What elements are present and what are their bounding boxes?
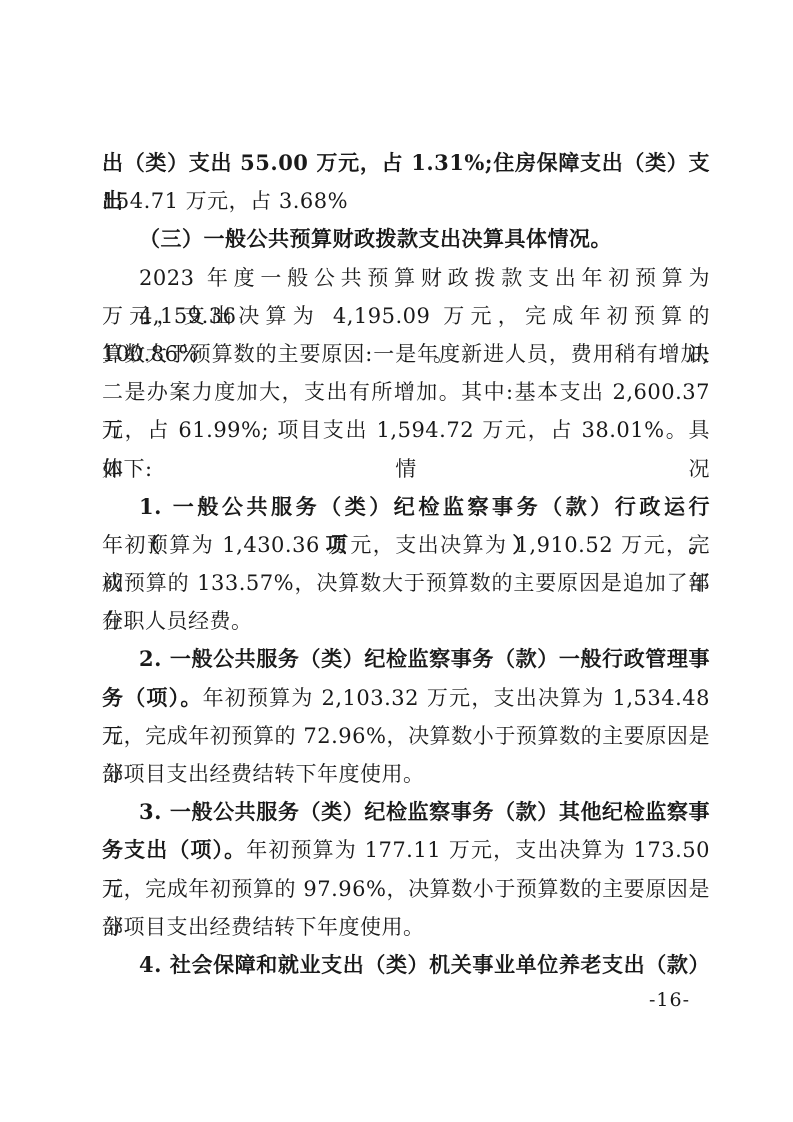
text-segment: 如下: (102, 457, 153, 481)
text-line: 154.71 万元，占 3.68% (102, 182, 710, 220)
text-line: 初预算的 133.57%，决算数大于预算数的主要原因是追加了部分 (102, 564, 710, 602)
text-segment: 分项目支出经费结转下年度使用。 (102, 915, 425, 939)
page-body-text: 出（类）支出 55.00 万元，占 1.31%;住房保障支出（类）支出154.7… (102, 144, 710, 984)
bold-text-segment: 4. 社会保障和就业支出（类）机关事业单位养老支出（款） (139, 952, 710, 977)
text-line: 元，完成年初预算的 72.96%，决算数小于预算数的主要原因是部 (102, 717, 710, 755)
text-line: 2023 年度一般公共预算财政拨款支出年初预算为 4,159.36 (102, 259, 710, 297)
bold-text-segment: 务（项）。 (102, 685, 203, 710)
text-segment: 算数大于预算数的主要原因:一是年度新进人员，费用稍有增加; (102, 342, 710, 366)
text-line: 二是办案力度加大，支出有所增加。其中:基本支出 2,600.37 万 (102, 373, 710, 411)
text-line: 4. 社会保障和就业支出（类）机关事业单位养老支出（款） (102, 946, 710, 984)
text-line: 3. 一般公共服务（类）纪检监察事务（款）其他纪检监察事 (102, 793, 710, 831)
text-segment: 154.71 万元，占 3.68% (102, 189, 348, 213)
text-line: 务支出（项）。年初预算为 177.11 万元，支出决算为 173.50 万 (102, 831, 710, 869)
text-line: 算数大于预算数的主要原因:一是年度新进人员，费用稍有增加; (102, 335, 710, 373)
page-number: -16- (649, 989, 690, 1011)
text-line: 务（项）。年初预算为 2,103.32 万元，支出决算为 1,534.48 万 (102, 679, 710, 717)
bold-text-segment: 3. 一般公共服务（类）纪检监察事务（款）其他纪检监察事 (139, 799, 710, 824)
text-line: 1. 一般公共服务（类）纪检监察事务（款）行政运行（项）。 (102, 488, 710, 526)
text-line: （三）一般公共预算财政拨款支出决算具体情况。 (102, 220, 710, 258)
text-line: 分项目支出经费结转下年度使用。 (102, 908, 710, 946)
text-line: 元，完成年初预算的 97.96%，决算数小于预算数的主要原因是部 (102, 870, 710, 908)
text-line: 年初预算为 1,430.36 万元，支出决算为 1,910.52 万元，完成年 (102, 526, 710, 564)
bold-text-segment: 2. 一般公共服务（类）纪检监察事务（款）一般行政管理事 (139, 646, 710, 671)
text-segment: 元，占 61.99%; 项目支出 1,594.72 万元，占 38.01%。具体… (102, 418, 710, 480)
text-line: 元，占 61.99%; 项目支出 1,594.72 万元，占 38.01%。具体… (102, 411, 710, 449)
text-line: 出（类）支出 55.00 万元，占 1.31%;住房保障支出（类）支出 (102, 144, 710, 182)
bold-text-segment: 务支出（项）。 (102, 837, 246, 862)
bold-text-segment: （三）一般公共预算财政拨款支出决算具体情况。 (139, 226, 612, 251)
text-segment: 分项目支出经费结转下年度使用。 (102, 762, 425, 786)
text-line: 2. 一般公共服务（类）纪检监察事务（款）一般行政管理事 (102, 640, 710, 678)
text-segment: 在职人员经费。 (102, 609, 253, 633)
text-line: 分项目支出经费结转下年度使用。 (102, 755, 710, 793)
text-line: 万元，支出决算为 4,195.09 万元，完成年初预算的 100.86%。决 (102, 297, 710, 335)
document-page: 出（类）支出 55.00 万元，占 1.31%;住房保障支出（类）支出154.7… (0, 0, 793, 1122)
text-line: 在职人员经费。 (102, 602, 710, 640)
